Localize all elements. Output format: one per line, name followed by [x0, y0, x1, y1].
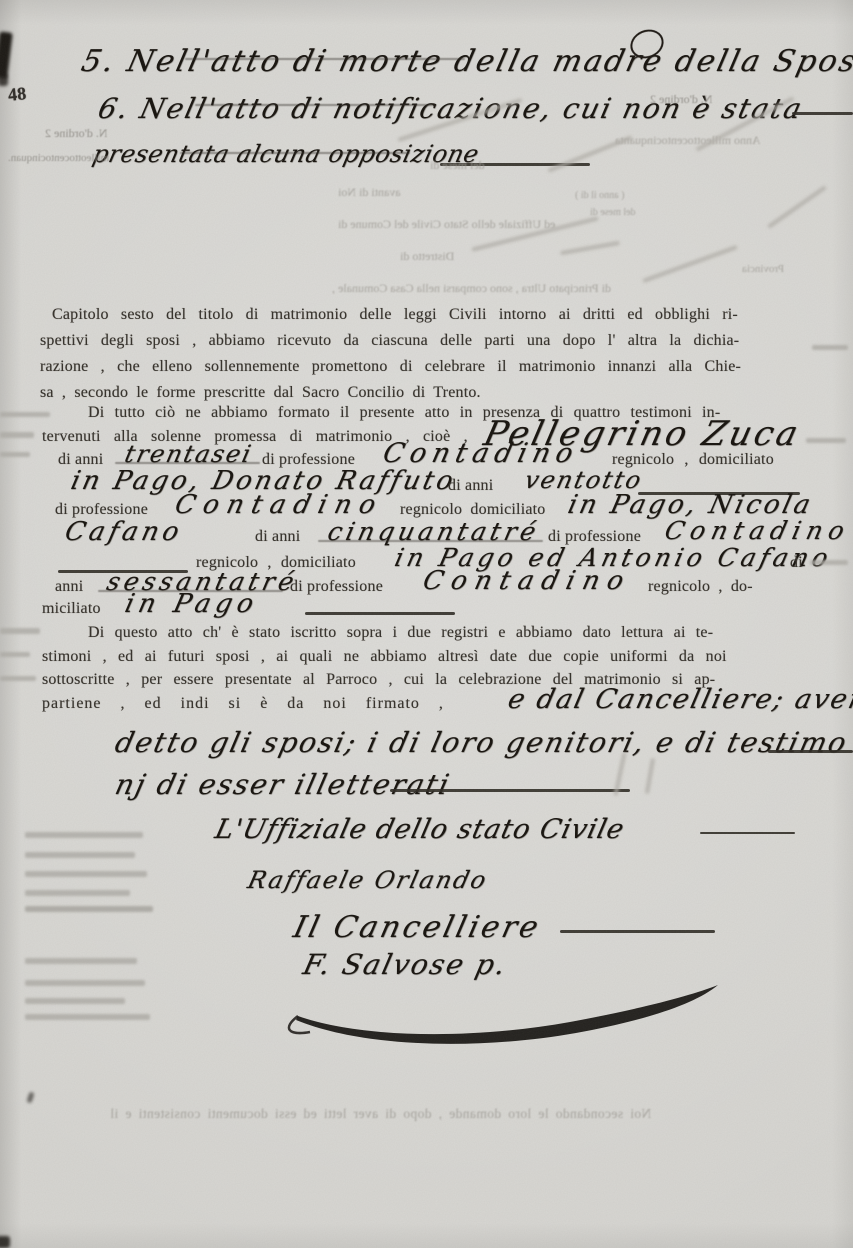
printed-regnicolo-4: regnicolo , do-	[648, 578, 753, 596]
bleedthrough-margin-line	[0, 676, 36, 681]
bleedthrough-margin-line	[25, 906, 153, 912]
handwritten-domicilio-pago: in Pago	[122, 589, 261, 619]
bleedthrough-uffiziale: ed Uffiziale dello Stato Civile del Comu…	[338, 217, 555, 232]
handwritten-closing-line-2: nj di esser illetterati	[112, 768, 454, 801]
handwritten-dash	[305, 612, 455, 615]
ghost-stroke	[548, 135, 633, 172]
printed-di: di	[790, 554, 803, 572]
handwritten-surname-cafano-1: Cafano	[62, 517, 186, 547]
printed-chiusura-line-1: Di questo atto ch' è stato iscritto sopr…	[88, 624, 713, 642]
bleedthrough-margin-line	[0, 412, 50, 417]
bleedthrough-margin-line	[0, 432, 34, 438]
bleedthrough-margin-line	[0, 652, 30, 657]
printed-di-professione-4: di professione	[290, 578, 383, 596]
bleedthrough-n-ordine-right: N. d'ordine 2	[650, 92, 712, 107]
bleedthrough-margin-line	[25, 832, 143, 838]
bleedthrough-margin-line	[0, 628, 40, 634]
handwritten-closing-line-1: detto gli sposi; i di loro genitori, e d…	[112, 726, 851, 759]
handwritten-dash	[700, 832, 795, 834]
form-rule-line	[115, 462, 260, 464]
printed-chiusura-line-4: partiene , ed indi si è da noi firmato ,	[42, 695, 444, 713]
bleedthrough-anno-il: ( anno il dì )	[575, 190, 624, 201]
handwritten-dash	[390, 789, 630, 792]
bleedthrough-margin-line	[25, 871, 147, 877]
handwritten-profession-3: Contadino	[662, 516, 853, 545]
page-number: 48	[7, 83, 28, 106]
handwritten-profession-2: Contadino	[172, 490, 387, 520]
printed-chiusura-line-2: stimoni , ed ai futuri sposi , ai quali …	[42, 648, 727, 666]
printed-di-anni-3: di anni	[255, 528, 300, 546]
printed-di-anni-2: di anni	[448, 477, 493, 495]
printed-paragraph-capitolo-line-1: Capitolo sesto del titolo di matrimonio …	[52, 306, 738, 324]
signature-chancellor-name: F. Salvose p.	[300, 948, 511, 981]
printed-miciliato: miciliato	[42, 600, 101, 618]
edge-ink-smudge-bottom-left	[0, 1236, 10, 1248]
form-rule-line	[195, 104, 435, 106]
bleedthrough-margin-line	[806, 438, 846, 443]
ghost-stroke	[642, 245, 737, 283]
bleedthrough-margin-line	[810, 560, 848, 565]
signature-official-name: Raffaele Orlando	[245, 866, 491, 894]
ghost-stroke	[560, 241, 620, 255]
printed-paragraph-capitolo-line-4: sa , secondo le forme prescritte dal Sac…	[40, 384, 481, 402]
scanned-marriage-record-page: 48 5. Nell'atto di morte della madre del…	[0, 0, 853, 1248]
handwritten-age-cinquantatre: cinquantatré	[325, 517, 543, 546]
bleedthrough-principato: di Principato Ultra , sono comparsi nell…	[332, 281, 611, 296]
edge-ink-smudge-top-left	[0, 31, 13, 78]
bleedthrough-provincia: Provincia	[742, 263, 784, 275]
bleedthrough-n-ordine-left: N. d'ordine 2	[45, 126, 107, 141]
printed-paragraph-capitolo-line-2: spettivi degli sposi , abbiamo ricevuto …	[40, 332, 739, 350]
handwritten-dash	[768, 750, 853, 753]
bleedthrough-avanti: avanti di Noi	[338, 185, 401, 200]
handwritten-age-trentasei: trentasei	[122, 440, 255, 468]
form-rule-line	[180, 152, 410, 154]
bleedthrough-margin-line	[25, 890, 130, 896]
bleedthrough-margin-line	[25, 980, 145, 986]
ghost-stroke	[767, 185, 827, 228]
ghost-stroke	[645, 758, 655, 794]
form-rule-line	[185, 58, 465, 60]
signature-official-title: L'Uffiziale dello stato Civile	[212, 814, 628, 845]
bleedthrough-margin-line	[25, 958, 137, 964]
handwritten-dash	[560, 930, 715, 933]
signature-chancellor-title: Il Cancelliere	[290, 910, 544, 945]
bleedthrough-distretto: Distretto di	[400, 249, 454, 264]
handwritten-profession-1: Contadino	[380, 438, 582, 469]
bleedthrough-margin-line	[25, 998, 125, 1004]
bleedthrough-anno-right: Anno milleottocentocinquanta	[615, 133, 761, 148]
bleedthrough-margin-line	[0, 452, 30, 457]
bleedthrough-margin-line	[25, 852, 135, 858]
form-rule-line	[318, 540, 543, 542]
bleedthrough-margin-line	[25, 1014, 150, 1020]
stray-ink-mark	[26, 1091, 34, 1103]
bleedthrough-bottom-sentence: Noi secondando le loro domande , dopo di…	[110, 1106, 651, 1122]
bleedthrough-anno-left: milleottocentocinquan.	[8, 152, 109, 164]
handwritten-e-dal-cancelliere: e dal Cancelliere; avendo	[505, 684, 853, 715]
handwritten-dash	[792, 112, 853, 115]
printed-paragraph-capitolo-line-3: razione , che elleno sollennemente prome…	[40, 358, 741, 376]
marginal-note-line-1: 5. Nell'atto di morte della madre della …	[78, 44, 853, 79]
marginal-note-line-3: presentata alcuna opposizione	[90, 140, 482, 168]
bleedthrough-mese-1: del mese di	[430, 158, 485, 173]
handwritten-profession-4: Contadino	[420, 566, 635, 596]
bleedthrough-margin-line	[812, 345, 848, 350]
printed-anni: anni	[55, 578, 83, 596]
